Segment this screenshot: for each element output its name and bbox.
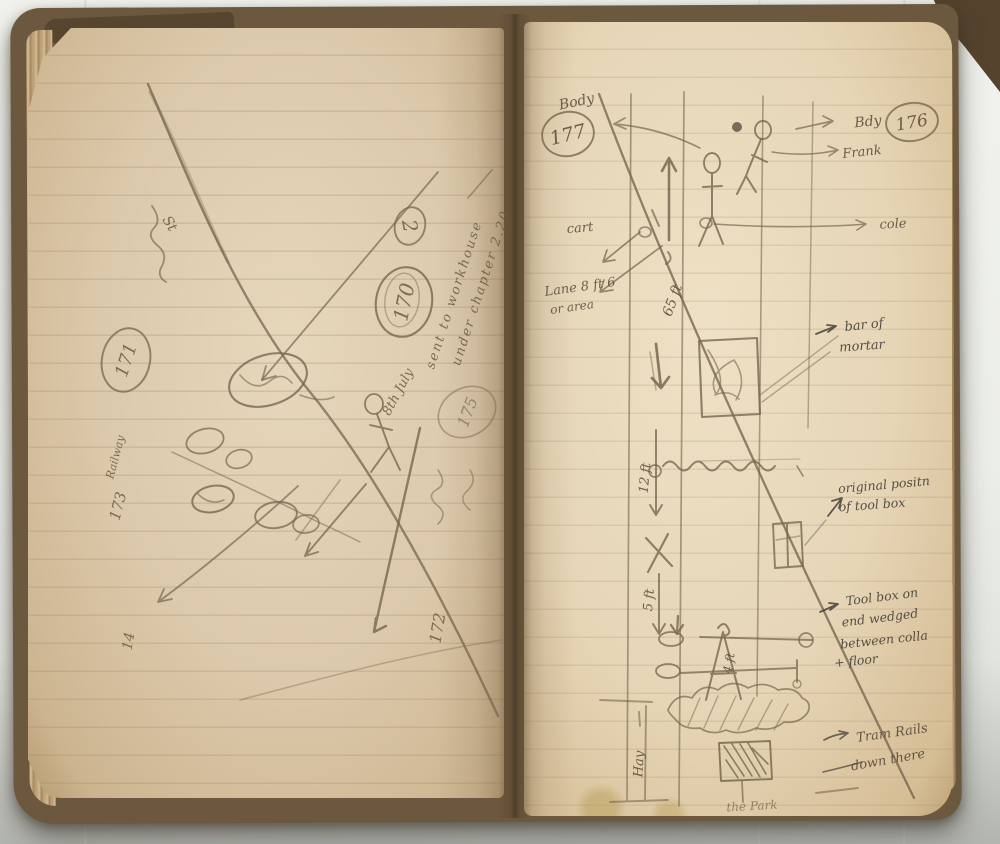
tram-rails-label: Tram Rails [855, 721, 929, 746]
cole-label: cole [879, 216, 907, 232]
circled-number-175: 175 [453, 395, 481, 430]
number-14: 14 [120, 631, 139, 651]
bdy-label: Bdy [853, 113, 884, 132]
number-172: 172 [425, 611, 449, 644]
body-label: Body [557, 90, 597, 113]
distance-4ft: 4 ft [720, 651, 738, 675]
distance-5ft: 5 ft [641, 587, 658, 611]
right-page-labels: Body 177 Bdy 176 Frank cart cole Lane 8 … [543, 90, 931, 814]
right-page-ink-annotations [816, 325, 862, 772]
circled-number-2: 2 [397, 217, 423, 235]
original-position-line1: original positn [837, 473, 930, 496]
original-position-line2: of tool box [838, 495, 906, 515]
eighth-note: 8th July [380, 366, 418, 419]
park-label: the Park [726, 798, 778, 815]
toolbox-note-line1: Tool box on [845, 585, 919, 609]
hay-label: Hay [631, 750, 647, 779]
number-173: 173 [106, 490, 131, 522]
right-page-sketch [538, 92, 940, 806]
circled-number-176: 176 [894, 110, 930, 135]
sketch-overlay: St 2 170 171 175 172 Railway 173 14 sent… [0, 0, 1000, 844]
circled-number-177: 177 [548, 120, 589, 150]
mortar-note-line1: bar of [844, 316, 887, 335]
frank-label: Frank [841, 143, 883, 162]
lane-note-line2: or area [549, 297, 594, 317]
cart-label: cart [566, 220, 594, 237]
lane-note-line1: Lane 8 ft 6 [543, 275, 617, 300]
left-page-labels: St 2 170 171 175 172 Railway 173 14 sent… [103, 208, 514, 651]
distance-12ft: 12 ft [637, 461, 655, 494]
toolbox-note-line3: between colla [839, 627, 928, 651]
railway-label: Railway [103, 433, 127, 481]
notebook-photo: St 2 170 171 175 172 Railway 173 14 sent… [0, 0, 1000, 844]
down-there-label: down there [850, 747, 927, 775]
circled-number-171: 171 [111, 341, 142, 380]
toolbox-note-line2: end wedged [841, 605, 919, 629]
circled-number-170: 170 [388, 281, 419, 324]
street-label: St [159, 213, 181, 235]
toolbox-note-line4: + floor [833, 651, 879, 671]
mortar-note-line2: mortar [839, 337, 886, 355]
